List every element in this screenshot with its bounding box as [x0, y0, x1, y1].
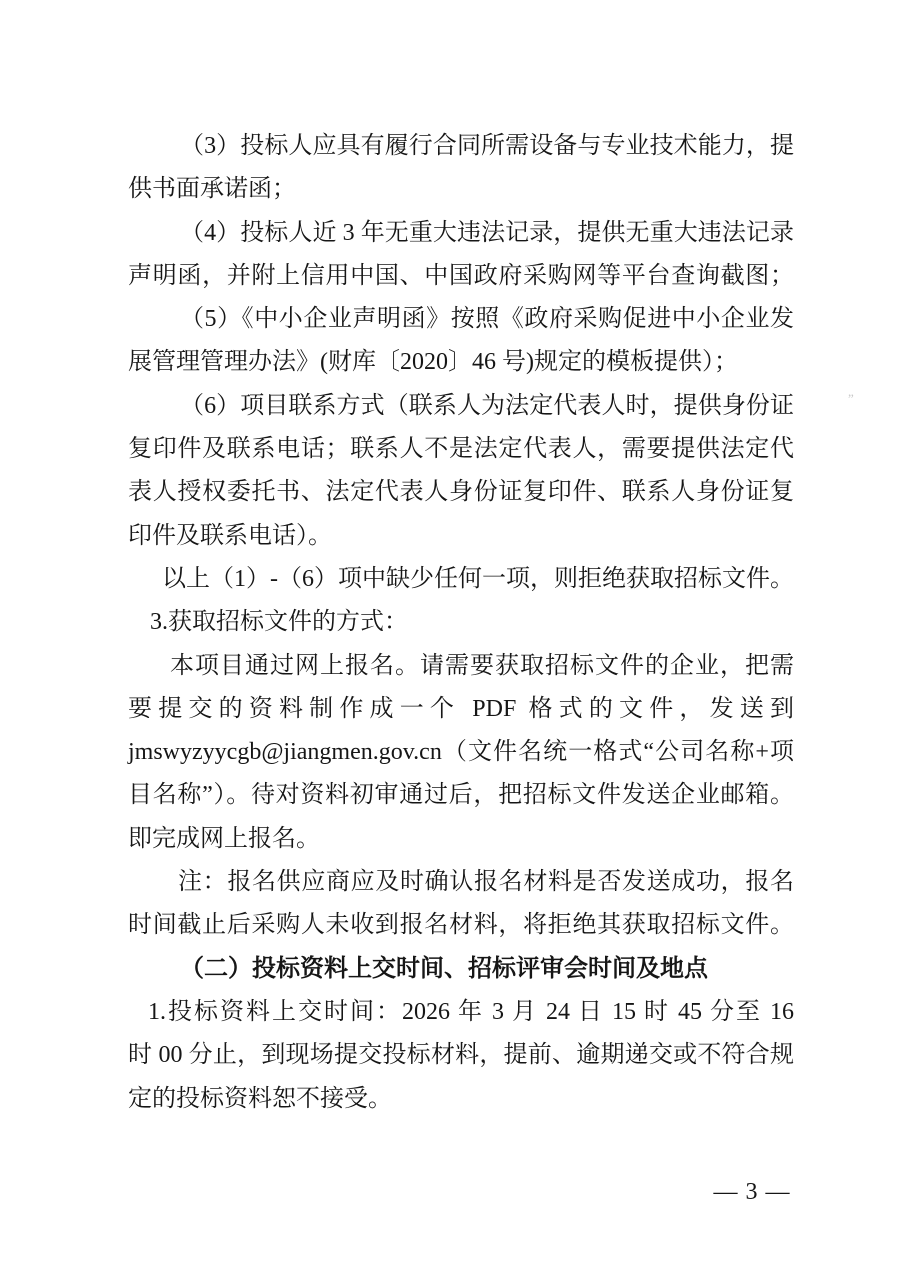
text-line: 供书面承诺函；: [128, 168, 794, 211]
text-line: 以上（1）-（6）项中缺少任何一项，则拒绝获取招标文件。: [128, 558, 794, 601]
document-page: （3）投标人应具有履行合同所需设备与专业技术能力，提 供书面承诺函； （4）投标…: [0, 0, 900, 1269]
text-line: jmswyzyycgb@jiangmen.gov.cn（文件名统一格式“公司名称…: [128, 731, 794, 774]
text-line: 声明函，并附上信用中国、中国政府采购网等平台查询截图；: [128, 255, 794, 298]
text-line: 本项目通过网上报名。请需要获取招标文件的企业，把需: [128, 645, 794, 688]
scan-artifact: ”: [848, 392, 854, 405]
text-line: （4）投标人近 3 年无重大违法记录，提供无重大违法记录: [128, 212, 794, 255]
section-heading-line: （二）投标资料上交时间、招标评审会时间及地点: [128, 948, 794, 991]
text-line: （6）项目联系方式（联系人为法定代表人时，提供身份证: [128, 385, 794, 428]
document-body: （3）投标人应具有履行合同所需设备与专业技术能力，提 供书面承诺函； （4）投标…: [128, 125, 794, 1121]
text-line: 目名称”）。待对资料初审通过后，把招标文件发送企业邮箱。: [128, 774, 794, 817]
text-line: 即完成网上报名。: [128, 818, 794, 861]
text-line: 印件及联系电话）。: [128, 515, 794, 558]
text-line: 3.获取招标文件的方式：: [128, 601, 794, 644]
text-line: （3）投标人应具有履行合同所需设备与专业技术能力，提: [128, 125, 794, 168]
text-line: 展管理管理办法》(财库〔2020〕46 号)规定的模板提供）；: [128, 341, 794, 384]
text-line: 定的投标资料恕不接受。: [128, 1078, 794, 1121]
text-line: 注：报名供应商应及时确认报名材料是否发送成功，报名: [128, 861, 794, 904]
text-line: （5）《中小企业声明函》按照《政府采购促进中小企业发: [128, 298, 794, 341]
text-line: 1.投标资料上交时间：2026 年 3 月 24 日 15 时 45 分至 16: [128, 991, 794, 1034]
text-line: 时 00 分止，到现场提交投标材料，提前、逾期递交或不符合规: [128, 1034, 794, 1077]
text-line: 要提交的资料制作成一个 PDF 格式的文件，发送到: [128, 688, 794, 731]
text-line: 复印件及联系电话；联系人不是法定代表人，需要提供法定代: [128, 428, 794, 471]
text-line: 表人授权委托书、法定代表人身份证复印件、联系人身份证复: [128, 471, 794, 514]
text-line: 时间截止后采购人未收到报名材料，将拒绝其获取招标文件。: [128, 904, 794, 947]
page-number: — 3 —: [704, 1176, 800, 1208]
